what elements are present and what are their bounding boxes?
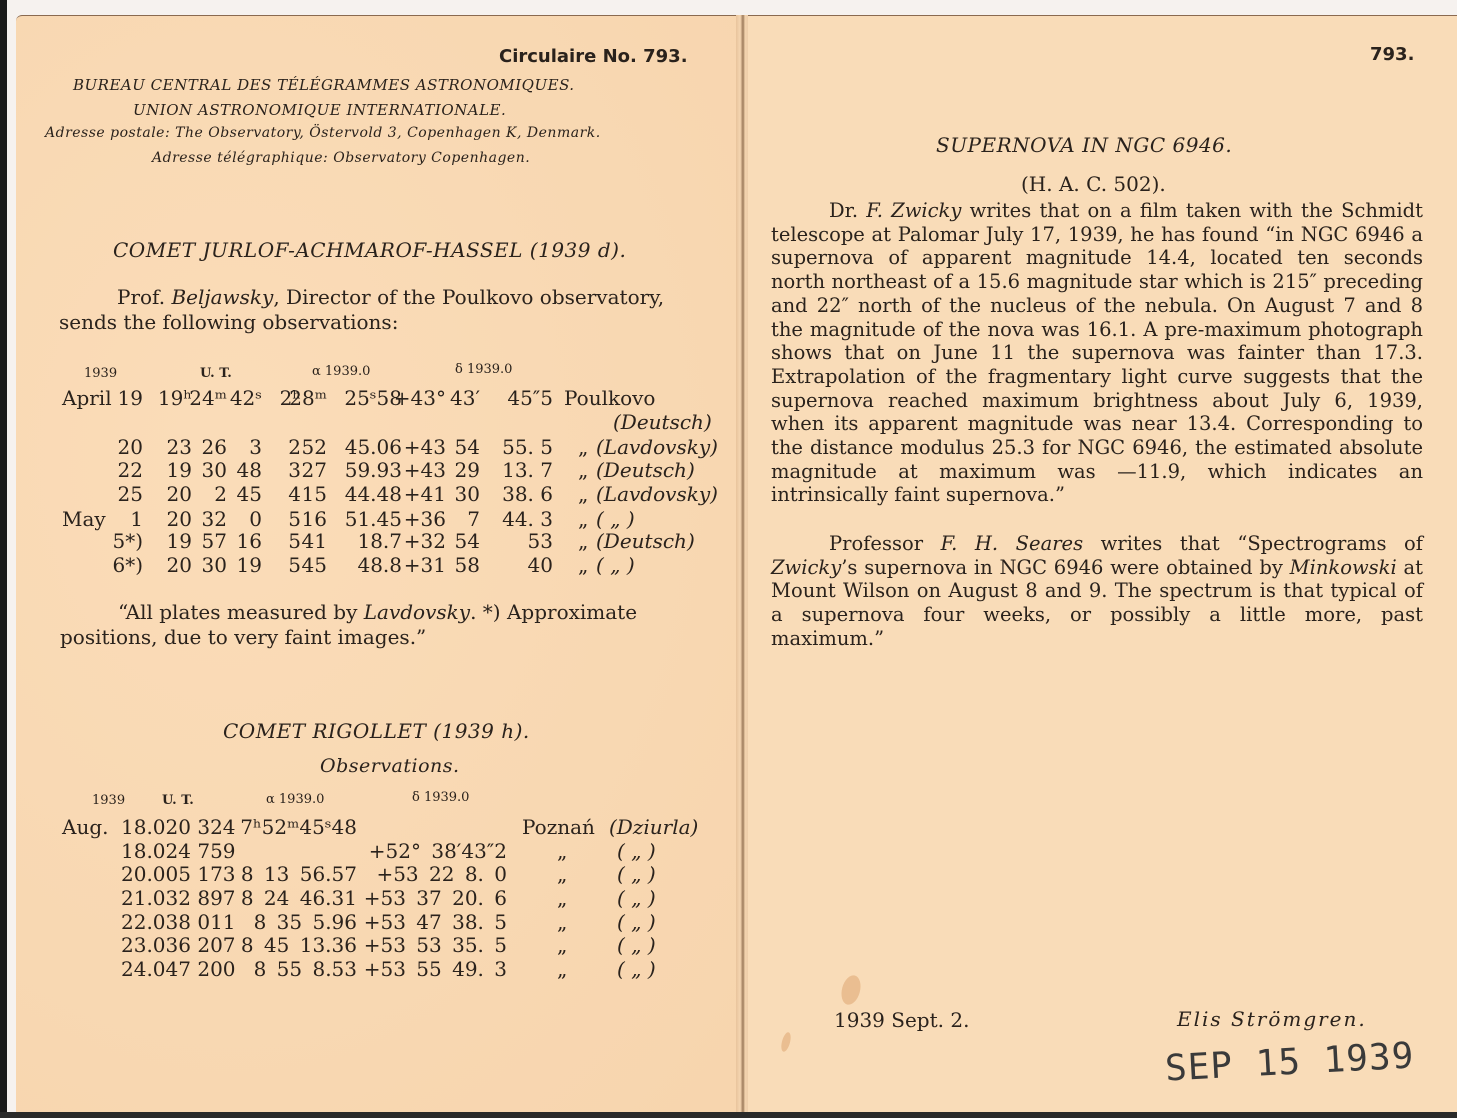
cell-ra-s: 45.06 <box>345 435 402 459</box>
cell-ut-m: 2 <box>214 482 227 506</box>
cell-ut-s: 42ˢ <box>230 386 262 410</box>
cell-ut-s: 16 <box>237 529 262 553</box>
cell-dec: +53 55 49. 3 <box>364 957 507 981</box>
comet1-intro-line1: Prof. Beljawsky, Director of the Poulkov… <box>117 285 664 309</box>
cell-observer: ( „ ) <box>617 886 656 910</box>
cell-ut-h: 19 <box>167 458 192 482</box>
cell-dec-m: 30 <box>455 482 480 506</box>
col-ra-2: α 1939.0 <box>266 792 324 807</box>
cell-ut-h: 23 <box>167 435 192 459</box>
cell-dec-d: +36 <box>404 507 446 531</box>
cell-month: April <box>62 386 112 410</box>
cell-place: „ <box>557 886 567 910</box>
cell-place: „ <box>557 910 567 934</box>
cell-place: „ <box>578 458 588 482</box>
col-ra: α 1939.0 <box>312 364 370 379</box>
supernova-title: SUPERNOVA IN NGC 6946. <box>936 133 1232 157</box>
cell-ut: 21.032 897 <box>121 886 236 910</box>
cell-place: „ <box>557 862 567 886</box>
cell-ra: 8 24 46.31 <box>241 886 357 910</box>
cell-ut: 18.024 759 <box>121 839 236 863</box>
comet1-note-line2: positions, due to very faint images.” <box>60 625 426 649</box>
cell-dec: +53 37 20. 6 <box>364 886 507 910</box>
cell-ut-h: 20 <box>167 507 192 531</box>
cell-ra-m: 28ᵐ <box>289 386 327 410</box>
cell-observer: ( „ ) <box>617 910 656 934</box>
note-text-b: . *) Approximate <box>470 600 637 624</box>
cell-ra: 8 13 56.57 <box>241 862 357 886</box>
cell-dec-s: 53 <box>528 529 553 553</box>
circular-number: Circulaire No. 793. <box>499 46 688 67</box>
cell-ra-s: 18.7 <box>357 529 402 553</box>
cell-ra-s: 59.93 <box>345 458 402 482</box>
cell-day: 25 <box>118 482 143 506</box>
scan-edge <box>0 0 7 1118</box>
para2-text-a: Professor <box>829 532 941 555</box>
cell-ut-s: 45 <box>237 482 262 506</box>
cell-place: „ <box>578 435 588 459</box>
cell-day: 20 <box>118 435 143 459</box>
cell-ut: 22.038 011 <box>121 910 236 934</box>
col-dec: δ 1939.0 <box>455 362 512 377</box>
col-ut: U. T. <box>200 366 232 381</box>
cell-dec-d: +43 <box>404 435 446 459</box>
signature: Elis Strömgren. <box>1177 1007 1367 1031</box>
cell-ra-h: 5 <box>288 529 301 553</box>
cell-observer: ( „ ) <box>596 553 635 577</box>
cell-place: „ <box>557 839 567 863</box>
letterhead-line-3: Adresse postale: The Observatory, Österv… <box>45 125 601 141</box>
cell-ut: 20.005 173 <box>121 862 236 886</box>
cell-dec: +52° 38′43″2 <box>369 839 507 863</box>
para1-text-b: writes that on a film taken with the Sch… <box>771 199 1423 506</box>
cell-dec-d: +41 <box>404 482 446 506</box>
cell-dec-d: +43 <box>404 458 446 482</box>
cell-dec-m: 58 <box>455 553 480 577</box>
cell-dec-m: 7 <box>467 507 480 531</box>
cell-ut-h: 20 <box>167 553 192 577</box>
cell-dec-s: 44. 3 <box>502 507 553 531</box>
para2-text-b: writes that “Spectrograms of <box>1083 532 1423 555</box>
cell-ra-h: 4 <box>288 482 301 506</box>
comet2-title: COMET RIGOLLET (1939 h). <box>223 719 530 743</box>
cell-dec-s: 38. 6 <box>502 482 553 506</box>
cell-dec-s: 40 <box>528 553 553 577</box>
cell-ut-m: 57 <box>202 529 227 553</box>
cell-ut-m: 30 <box>202 553 227 577</box>
circular-date: 1939 Sept. 2. <box>834 1008 969 1032</box>
observer-name: Beljawsky <box>171 285 273 309</box>
intro-rest: , Director of the Poulkovo observatory, <box>273 285 664 309</box>
cell-month: May <box>62 507 106 531</box>
cell-dec-d: +43° <box>394 386 446 410</box>
cell-ut-m: 30 <box>202 458 227 482</box>
cell-observer: (Deutsch) <box>613 410 712 434</box>
supernova-paragraph-2: Professor F. H. Seares writes that “Spec… <box>771 532 1423 651</box>
cell-observer: (Lavdovsky) <box>596 435 718 459</box>
cell-observer: (Deutsch) <box>596 458 695 482</box>
cell-observer: ( „ ) <box>617 839 656 863</box>
cell-ut-m: 24ᵐ <box>189 386 227 410</box>
cell-dec-s: 13. 7 <box>502 458 553 482</box>
cell-ut: 24.047 200 <box>121 957 236 981</box>
note-text: “All plates measured by <box>118 600 364 624</box>
cell-ra: 8 45 13.36 <box>241 933 357 957</box>
cell-ra-m: 27 <box>302 458 327 482</box>
cell-ut: 23.036 207 <box>121 933 236 957</box>
cell-ut-s: 48 <box>237 458 262 482</box>
cell-ut-s: 19 <box>237 553 262 577</box>
page-number: 793. <box>1370 44 1414 65</box>
cell-ut-s: 0 <box>249 507 262 531</box>
cell-ra-m: 41 <box>302 529 327 553</box>
cell-ut-h: 19 <box>167 529 192 553</box>
comet1-title: COMET JURLOF-ACHMAROF-HASSEL (1939 d). <box>113 238 626 262</box>
intro-prefix: Prof. <box>117 285 171 309</box>
cell-ra: 8 35 5.96 <box>254 910 357 934</box>
cell-dec: +53 47 38. 5 <box>364 910 507 934</box>
cell-dec-d: +32 <box>404 529 446 553</box>
supernova-paragraph-1: Dr. F. Zwicky writes that on a film take… <box>771 199 1423 507</box>
cell-place: „ <box>578 553 588 577</box>
note-name: Lavdovsky <box>364 600 470 624</box>
cell-dec-m: 54 <box>455 435 480 459</box>
cell-place: Poznań <box>522 815 595 839</box>
para2-name-seares: F. H. Seares <box>941 532 1083 555</box>
cell-ra-h: 2 <box>288 435 301 459</box>
cell-ra-m: 15 <box>302 482 327 506</box>
cell-dec: +53 53 35. 5 <box>364 933 507 957</box>
cell-ra-m: 52 <box>302 435 327 459</box>
cell-observer: (Dziurla) <box>609 815 698 839</box>
supernova-subtitle: (H. A. C. 502). <box>1021 172 1166 196</box>
para1-text-a: Dr. <box>829 199 866 222</box>
cell-ra-s: 48.8 <box>357 553 402 577</box>
cell-place: „ <box>578 529 588 553</box>
cell-ra-h: 5 <box>288 553 301 577</box>
cell-dec-s: 55. 5 <box>502 435 553 459</box>
cell-day: 5*) <box>112 529 143 553</box>
cell-day: 1 <box>130 507 143 531</box>
cell-month: Aug. <box>62 815 108 839</box>
letterhead-line-2: UNION ASTRONOMIQUE INTERNATIONALE. <box>133 101 506 119</box>
cell-ra-s: 44.48 <box>345 482 402 506</box>
cell-place: „ <box>557 957 567 981</box>
cell-ra: 7ʰ52ᵐ45ˢ48 <box>240 815 357 839</box>
cell-day: 6*) <box>112 553 143 577</box>
cell-observer: ( „ ) <box>617 957 656 981</box>
cell-observer: (Deutsch) <box>596 529 695 553</box>
cell-ra-m: 16 <box>302 507 327 531</box>
para2-name-minkowski: Minkowski <box>1290 556 1397 579</box>
cell-observer: ( „ ) <box>596 507 635 531</box>
letterhead-line-4: Adresse télégraphique: Observatory Copen… <box>152 150 530 166</box>
para2-text-c: ’s supernova in NGC 6946 were obtained b… <box>841 556 1289 579</box>
cell-ut-m: 26 <box>202 435 227 459</box>
scan-edge-bottom <box>0 1112 1457 1118</box>
cell-ra-m: 45 <box>302 553 327 577</box>
cell-day: 19 <box>118 386 143 410</box>
cell-day: 22 <box>118 458 143 482</box>
cell-dec-d: +31 <box>404 553 446 577</box>
para1-name: F. Zwicky <box>866 199 961 222</box>
cell-ra-h: 3 <box>288 458 301 482</box>
cell-place: „ <box>578 482 588 506</box>
cell-observer: (Lavdovsky) <box>596 482 718 506</box>
cell-ut: 18.020 324 <box>121 815 236 839</box>
cell-ra: 8 55 8.53 <box>254 957 357 981</box>
cell-place: „ <box>578 507 588 531</box>
cell-ut-h: 20 <box>167 482 192 506</box>
cell-dec-m: 54 <box>455 529 480 553</box>
col-year: 1939 <box>84 366 117 381</box>
col-dec-2: δ 1939.0 <box>412 790 469 805</box>
cell-observer: ( „ ) <box>617 862 656 886</box>
cell-dec-m: 29 <box>455 458 480 482</box>
comet1-intro-line2: sends the following observations: <box>59 310 398 334</box>
comet2-subtitle: Observations. <box>320 755 460 777</box>
col-ut-2: U. T. <box>162 793 194 808</box>
cell-ut-m: 32 <box>202 507 227 531</box>
cell-ra-s: 51.45 <box>345 507 402 531</box>
letterhead-line-1: BUREAU CENTRAL DES TÉLÉGRAMMES ASTRONOMI… <box>73 76 575 94</box>
cell-dec: +53 22 8. 0 <box>376 862 507 886</box>
cell-dec-m: 43′ <box>450 386 480 410</box>
comet1-note-line1: “All plates measured by Lavdovsky. *) Ap… <box>118 600 637 624</box>
cell-observer: ( „ ) <box>617 933 656 957</box>
cell-dec-s: 45″5 <box>507 386 553 410</box>
cell-place: Poulkovo <box>564 386 655 410</box>
cell-place: „ <box>557 933 567 957</box>
cell-ra-h: 5 <box>288 507 301 531</box>
cell-ut-h: 19ʰ <box>158 386 192 410</box>
cell-ut-s: 3 <box>249 435 262 459</box>
col-year-2: 1939 <box>92 793 125 808</box>
para2-name-zwicky: Zwicky <box>771 556 841 579</box>
